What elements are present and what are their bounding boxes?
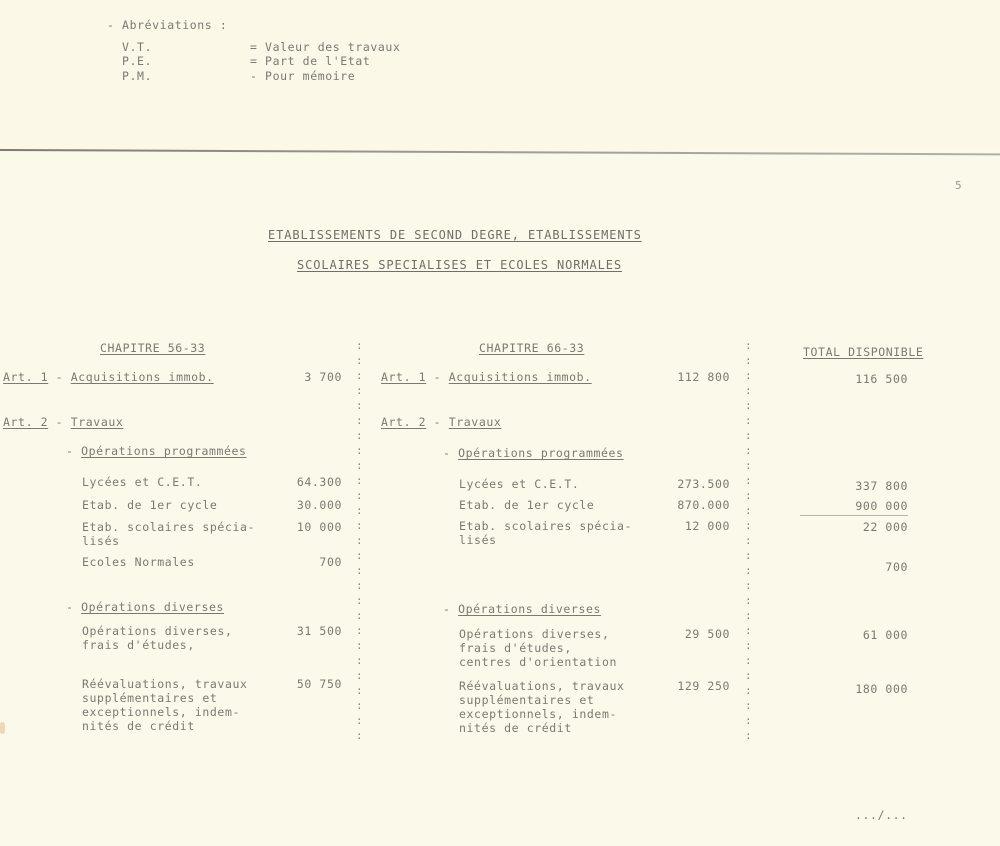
row-specialises-ch56: 10 000 — [262, 520, 342, 534]
row-1er-cycle-ch66: 870.000 — [640, 498, 730, 512]
column-separator-right: : : : : : : : : : : : : : : : : : : : : … — [745, 338, 751, 743]
row-reevaluations-total: 180 000 — [800, 682, 908, 696]
art1-title: Acquisitions immob. — [71, 370, 214, 384]
abbreviations-heading: - Abréviations : — [107, 18, 227, 32]
row-1er-cycle-total: 900 000 — [800, 499, 908, 516]
page-number: 5 — [955, 179, 962, 193]
abbr-vt: V.T. — [122, 40, 152, 54]
art2-middle-label: Art. 2 - Travaux — [381, 415, 501, 429]
abbr-pm: P.M. — [122, 69, 152, 83]
row-ecoles-normales-total: 700 — [800, 560, 908, 574]
page-title-line-2: SCOLAIRES SPECIALISES ET ECOLES NORMALES — [297, 258, 622, 272]
row-specialises-middle-label: Etab. scolaires spécia- lisés — [459, 519, 632, 547]
abbr-vt-definition: = Valeur des travaux — [250, 40, 400, 54]
art1-ch56-value: 3 700 — [270, 370, 342, 384]
row-reevaluations-left-label: Réévaluations, travaux supplémentaires e… — [82, 677, 248, 733]
column-header-chapitre-66-33: CHAPITRE 66-33 — [479, 341, 584, 355]
row-lycees-left-label: Lycées et C.E.T. — [82, 475, 202, 489]
art2-title: Travaux — [71, 415, 124, 429]
row-reevaluations-ch66: 129 250 — [640, 679, 730, 693]
row-1er-cycle-middle-label: Etab. de 1er cycle — [459, 498, 594, 512]
row-1er-cycle-left-label: Etab. de 1er cycle — [82, 498, 217, 512]
continuation-mark: .../... — [855, 808, 908, 822]
art1-ch66-value: 112 800 — [650, 370, 730, 384]
paper-stain — [0, 722, 5, 734]
row-specialises-left-label: Etab. scolaires spécia- lisés — [82, 520, 255, 548]
art1-middle-label: Art. 1 - Acquisitions immob. — [381, 370, 592, 384]
row-ecoles-normales-left-label: Ecoles Normales — [82, 555, 195, 569]
column-header-total-disponible: TOTAL DISPONIBLE — [803, 345, 923, 359]
row-reevaluations-middle-label: Réévaluations, travaux supplémentaires e… — [459, 679, 625, 735]
art1-left-label: Art. 1 - Acquisitions immob. — [3, 370, 214, 384]
row-lycees-middle-label: Lycées et C.E.T. — [459, 477, 579, 491]
diverse-heading-left: - Opérations diverses — [66, 600, 224, 614]
programmed-heading-left: - Opérations programmées — [66, 444, 247, 458]
art2-left-label: Art. 2 - Travaux — [3, 415, 123, 429]
abbr-pe-definition: = Part de l'Etat — [250, 54, 370, 68]
page-title-line-1: ETABLISSEMENTS DE SECOND DEGRE, ETABLISS… — [268, 228, 642, 242]
row-lycees-total: 337 800 — [800, 479, 908, 493]
diverse-heading-middle: - Opérations diverses — [443, 602, 601, 616]
row-lycees-ch56: 64.300 — [262, 475, 342, 489]
row-reevaluations-ch56: 50 750 — [262, 677, 342, 691]
previous-page-fragment: - Abréviations : V.T. = Valeur des trava… — [0, 0, 1000, 150]
row-operations-diverses-ch66: 29 500 — [640, 627, 730, 641]
row-operations-diverses-ch56: 31 500 — [262, 624, 342, 638]
row-specialises-total: 22 000 — [800, 520, 908, 534]
row-lycees-ch66: 273.500 — [640, 477, 730, 491]
art1-number: Art. 1 — [3, 370, 48, 384]
row-specialises-ch66: 12 000 — [640, 519, 730, 533]
row-operations-diverses-middle-label: Opérations diverses, frais d'études, cen… — [459, 627, 617, 669]
abbr-pe: P.E. — [122, 54, 152, 68]
row-operations-diverses-total: 61 000 — [800, 628, 908, 642]
column-separator-left: : : : : : : : : : : : : : : : : : : : : … — [356, 338, 362, 743]
programmed-heading-middle: - Opérations programmées — [443, 446, 624, 460]
row-operations-diverses-left-label: Opérations diverses, frais d'études, — [82, 624, 232, 652]
column-header-chapitre-56-33: CHAPITRE 56-33 — [100, 341, 205, 355]
row-1er-cycle-ch56: 30.000 — [262, 498, 342, 512]
art1-total-value: 116 500 — [800, 372, 908, 386]
row-ecoles-normales-ch56: 700 — [262, 555, 342, 569]
abbr-pm-definition: - Pour mémoire — [250, 69, 355, 83]
